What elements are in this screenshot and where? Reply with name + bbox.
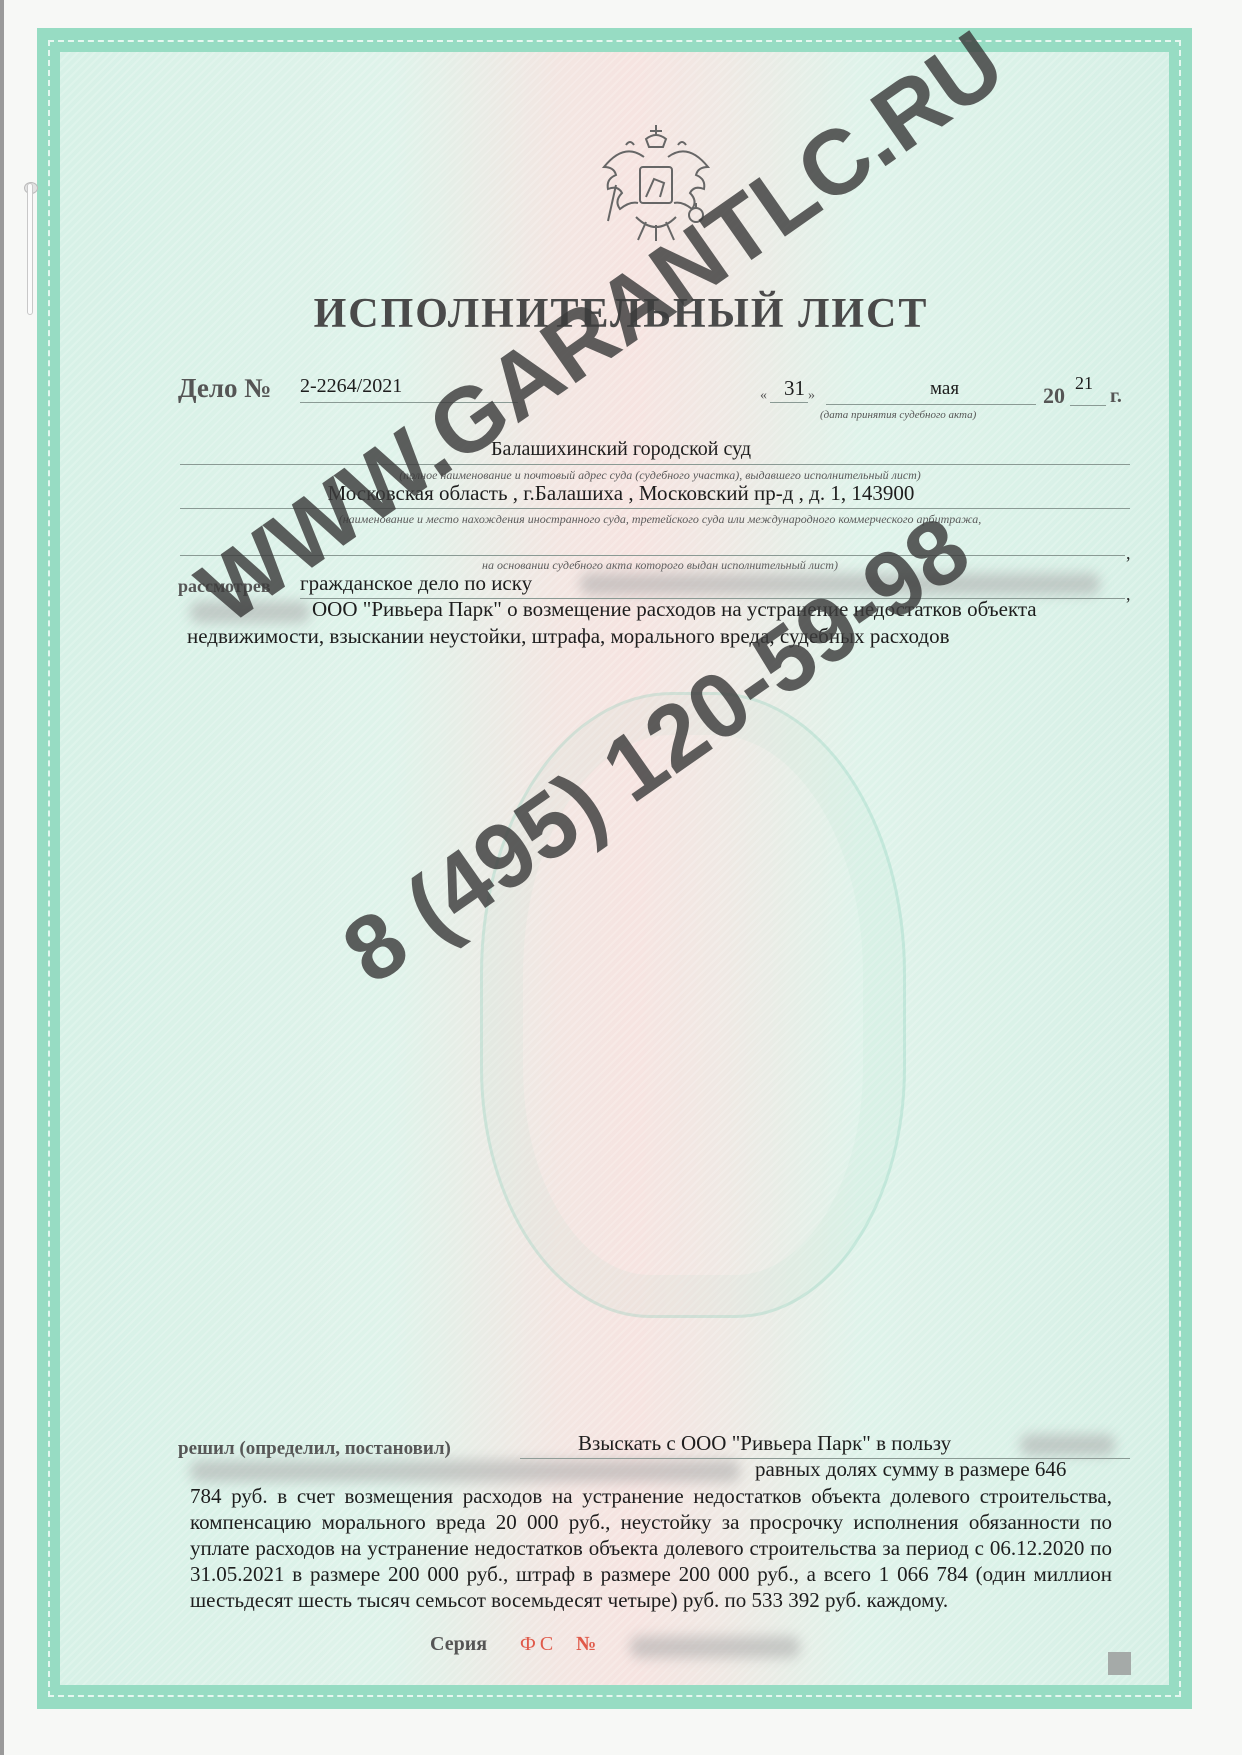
case-number-label: Дело № bbox=[178, 373, 271, 404]
case-number: 2-2264/2021 bbox=[300, 375, 402, 398]
date-close-quote: » bbox=[808, 388, 815, 404]
decision-line-2: равных долях сумму в размере 646 bbox=[755, 1457, 1066, 1482]
date-day: 31 bbox=[784, 376, 805, 401]
court-name: Балашихинский городской суд bbox=[0, 438, 1242, 461]
series-row: Серия ФС № bbox=[430, 1633, 596, 1656]
date-year-prefix: 20 bbox=[1043, 383, 1065, 409]
decision-label: решил (определил, постановил) bbox=[178, 1438, 451, 1460]
redacted-recipient-names bbox=[190, 1460, 740, 1482]
series-label: Серия bbox=[430, 1633, 487, 1655]
date-caption: (дата принятия судебного акта) bbox=[820, 409, 976, 421]
series-code: ФС bbox=[520, 1633, 557, 1655]
date-year-unit: г. bbox=[1110, 385, 1122, 408]
redacted-recipient bbox=[1020, 1434, 1115, 1456]
date-month-underline bbox=[826, 404, 1036, 405]
series-number-sign: № bbox=[576, 1633, 596, 1655]
court-address: Московская область , г.Балашиха , Москов… bbox=[0, 481, 1242, 506]
decision-line-1: Взыскать с ООО "Ривьера Парк" в пользу bbox=[578, 1431, 951, 1456]
decision-body: 784 руб. в счет возмещения расходов на у… bbox=[190, 1483, 1112, 1623]
date-open-quote: « bbox=[760, 388, 767, 404]
marker-square bbox=[1108, 1652, 1131, 1675]
considered-comma: , bbox=[1126, 584, 1131, 605]
date-month: мая bbox=[930, 378, 959, 400]
binding-edge bbox=[0, 0, 4, 1755]
date-day-underline bbox=[770, 402, 808, 403]
redacted-series-number bbox=[630, 1636, 800, 1658]
date-year-underline bbox=[1070, 405, 1106, 406]
date-year-suffix: 21 bbox=[1075, 373, 1093, 394]
